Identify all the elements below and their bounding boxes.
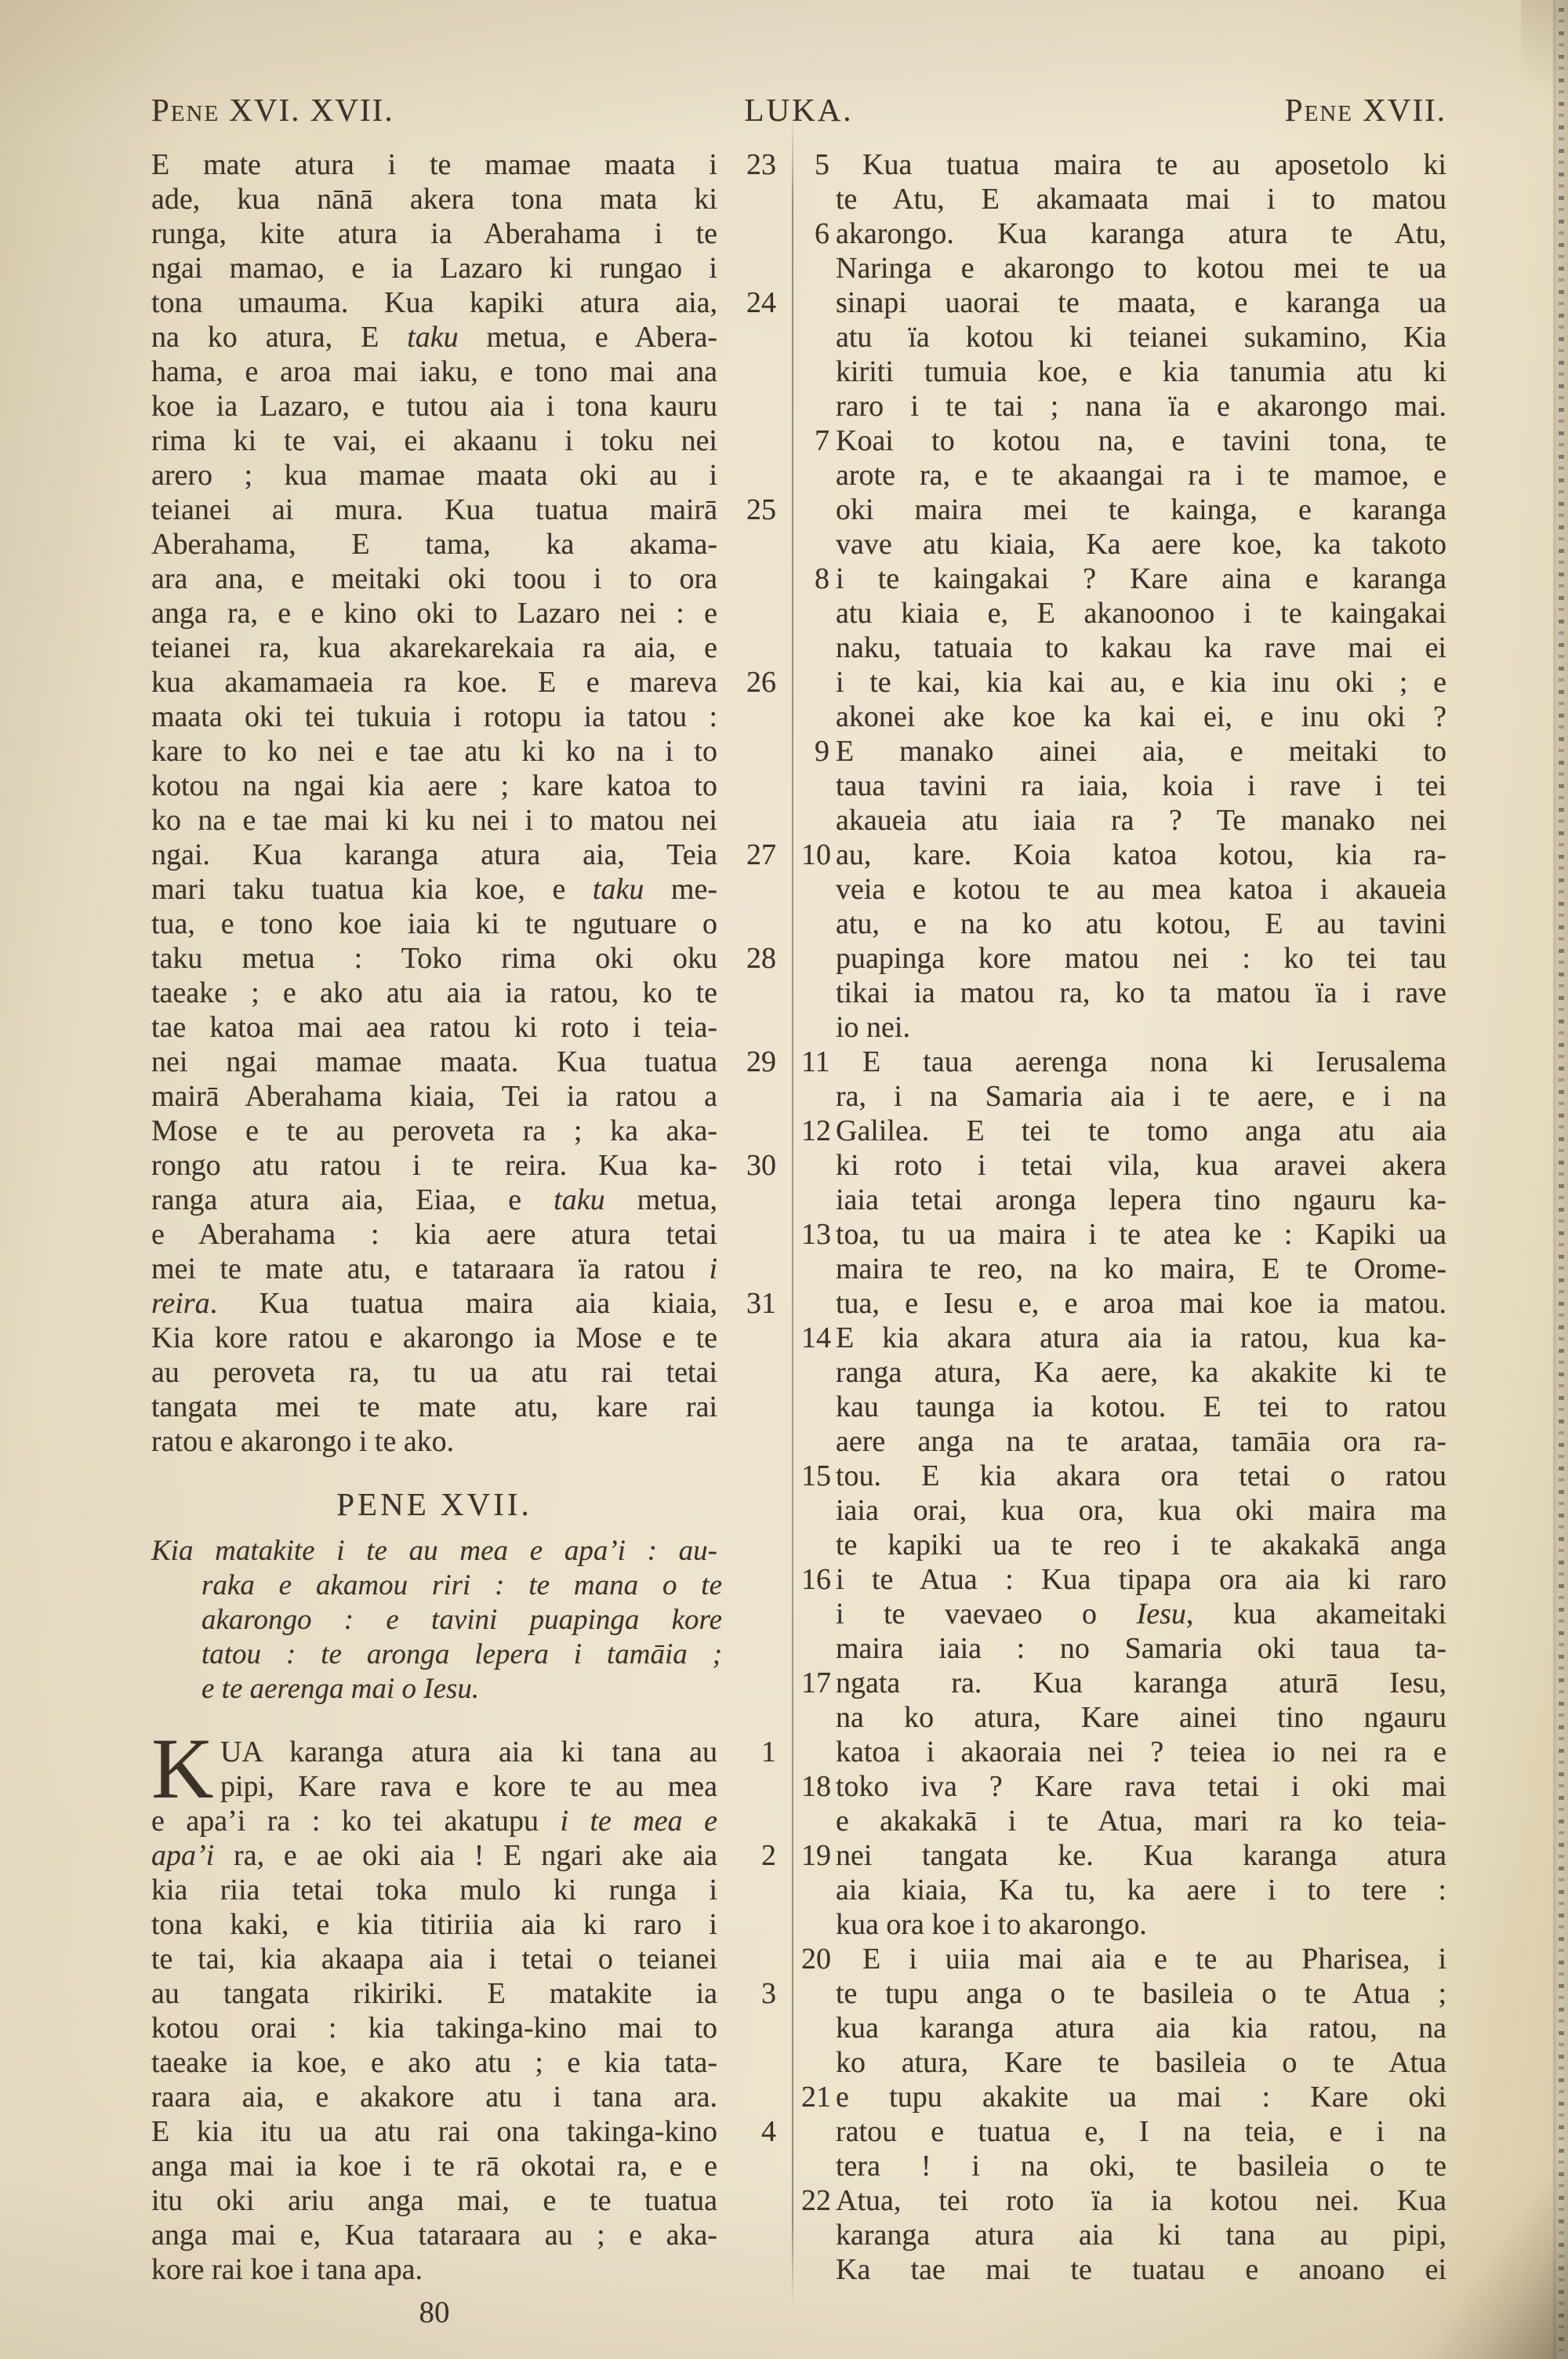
verse-line: atu, e na ko atu kotou, E au tavini <box>801 907 1446 941</box>
verse-number <box>717 2011 776 2045</box>
line-text: kia riia tetai toka mulo ki runga i <box>151 1873 717 1907</box>
line-text: Atua, tei roto ïa ia kotou nei. Kua <box>836 2183 1446 2218</box>
verse-line: 21e tupu akakite ua mai : Kare oki <box>801 2080 1446 2114</box>
verse-number <box>801 907 829 941</box>
verse-number <box>717 1217 776 1252</box>
verse-number <box>717 1390 776 1424</box>
verse-line: 2apa’i ra, e ae oki aia ! E ngari ake ai… <box>151 1838 776 1873</box>
line-text: kua akamamaeia ra koe. E e mareva <box>151 665 717 700</box>
line-text: apa’i ra, e ae oki aia ! E ngari ake aia <box>151 1838 717 1873</box>
verse-number <box>717 1355 776 1390</box>
drop-cap-letter: K <box>151 1730 213 1807</box>
line-text: kua ora koe i to akarongo. <box>836 1907 1446 1942</box>
verse-line: raara aia, e akakore atu i tana ara. <box>151 2080 776 2114</box>
verse-line: 30rongo atu ratou i te reira. Kua ka- <box>151 1148 776 1183</box>
verse-number <box>717 2080 776 2114</box>
verse-number <box>717 1804 776 1838</box>
verse-line: 23E mate atura i te mamae maata i <box>151 147 776 182</box>
line-text: anga mai ia koe i te rā okotai ra, e e <box>151 2149 717 2183</box>
verse-line: 13toa, tu ua maira i te atea ke : Kapiki… <box>801 1217 1446 1252</box>
verse-number <box>717 1079 776 1114</box>
line-text: E taua aerenga nona ki Ierusalema <box>836 1045 1446 1079</box>
line-text: taeake ia koe, e ako atu ; e kia tata- <box>151 2045 717 2080</box>
verse-line: 16i te Atua : Kua tipapa ora aia ki raro <box>801 1562 1446 1597</box>
verse-line: ade, kua nānā akera tona mata ki <box>151 182 776 216</box>
verse-line: te tai, kia akaapa aia i tetai o teianei <box>151 1942 776 1976</box>
verse-number <box>801 976 829 1010</box>
verse-line: 20E i uiia mai aia e te au Pharisea, i <box>801 1942 1446 1976</box>
line-text: hama, e aroa mai iaku, e tono mai ana <box>151 354 717 389</box>
line-text: oki maira mei te kainga, e karanga <box>836 493 1446 527</box>
verse-number <box>801 1873 829 1907</box>
line-text: ratou e tuatua e, I na teia, e i na <box>836 2114 1446 2149</box>
right-verse-lines: 5Kua tuatua maira te au aposetolo kite A… <box>801 147 1446 2287</box>
verse-line: tua, e tono koe iaia ki te ngutuare o <box>151 907 776 941</box>
verse-line: veia e kotou te au mea katoa i akaueia <box>801 872 1446 907</box>
line-text: te Atu, E akamaata mai i to matou <box>836 182 1446 216</box>
verse-line: kare to ko nei e tae atu ki ko na i to <box>151 734 776 769</box>
line-text: aia kiaia, Ka tu, ka aere i to tere : <box>836 1873 1446 1907</box>
verse-number <box>801 1079 829 1114</box>
verse-number <box>801 1252 829 1286</box>
verse-number <box>801 1148 829 1183</box>
verse-number <box>801 631 829 665</box>
line-text: raka e akamou riri : te mana o te <box>151 1568 722 1603</box>
line-text: e apa’i ra : ko tei akatupu i te mea e <box>151 1804 717 1838</box>
verse-number <box>801 665 829 700</box>
verse-line: i te kai, kia kai au, e kia inu oki ; e <box>801 665 1446 700</box>
verse-line: 29nei ngai mamae maata. Kua tuatua <box>151 1045 776 1079</box>
page-top-edge-shade <box>1521 0 1568 125</box>
verse-number <box>717 1114 776 1148</box>
verse-number <box>717 1321 776 1355</box>
line-text: ngai. Kua karanga atura aia, Teia <box>151 838 717 872</box>
line-text: na ko atura, Kare ainei tino ngauru <box>836 1700 1446 1735</box>
line-text: e te aerenga mai o Iesu. <box>151 1672 722 1707</box>
verse-line: tae katoa mai aea ratou ki roto i teia- <box>151 1010 776 1045</box>
verse-number: 5 <box>801 147 829 182</box>
line-text: E i uiia mai aia e te au Pharisea, i <box>836 1942 1446 1976</box>
line-text: kotou na ngai kia aere ; kare katoa to <box>151 769 717 803</box>
line-text: kare to ko nei e tae atu ki ko na i to <box>151 734 717 769</box>
line-text: akarongo. Kua karanga atura te Atu, <box>836 216 1446 251</box>
verse-number: 13 <box>801 1217 829 1252</box>
verse-number <box>717 354 776 389</box>
verse-number <box>717 803 776 838</box>
line-text: tatou : te aronga lepera i tamāia ; <box>151 1637 722 1672</box>
verse-number <box>801 1493 829 1528</box>
line-text: e akakakā i te Atua, mari ra ko teia- <box>836 1804 1446 1838</box>
line-text: ade, kua nānā akera tona mata ki <box>151 182 717 216</box>
line-text: nei tangata ke. Kua karanga atura <box>836 1838 1446 1873</box>
verse-number <box>801 2218 829 2252</box>
verse-number <box>801 1286 829 1321</box>
line-text: akaueia atu iaia ra ? Te manako nei <box>836 803 1446 838</box>
verse-line: ngai mamao, e ia Lazaro ki rungao i <box>151 251 776 285</box>
verse-number <box>717 1252 776 1286</box>
verse-number <box>801 769 829 803</box>
verse-line: 14E kia akara atura aia ia ratou, kua ka… <box>801 1321 1446 1355</box>
book-page-scan: Pene XVI. XVII. LUKA. Pene XVII. 23E mat… <box>0 0 1568 2359</box>
verse-line: arero ; kua mamae maata oki au i <box>151 458 776 493</box>
verse-line: raro i te tai ; nana ïa e akarongo mai. <box>801 389 1446 423</box>
verse-number <box>717 1183 776 1217</box>
line-text: akonei ake koe ka kai ei, e inu oki ? <box>836 700 1446 734</box>
verse-line: 4E kia itu ua atu rai ona takinga-kino <box>151 2114 776 2149</box>
verse-number <box>801 1424 829 1459</box>
verse-line: tona kaki, e kia titiriia aia ki raro i <box>151 1907 776 1942</box>
line-text: kua karanga atura aia kia ratou, na <box>836 2011 1446 2045</box>
verse-line: maira te reo, na ko maira, E te Orome- <box>801 1252 1446 1286</box>
verse-line: Ka tae mai te tuatau e anoano ei <box>801 2252 1446 2287</box>
line-text: au tangata rikiriki. E matakite ia <box>151 1976 717 2011</box>
verse-number <box>717 251 776 285</box>
verse-line: 7Koai to kotou na, e tavini tona, te <box>801 423 1446 458</box>
verse-number <box>717 734 776 769</box>
line-text: rima ki te vai, ei akaanu i toku nei <box>151 423 717 458</box>
verse-line: 28taku metua : Toko rima oki oku <box>151 941 776 976</box>
verse-line: hama, e aroa mai iaku, e tono mai ana <box>151 354 776 389</box>
verse-number <box>717 527 776 562</box>
line-text: kiriti tumuia koe, e kia tanumia atu ki <box>836 354 1446 389</box>
verse-number: 4 <box>717 2114 776 2149</box>
line-text: kotou orai : kia takinga-kino mai to <box>151 2011 717 2045</box>
verse-line: Kia kore ratou e akarongo ia Mose e te <box>151 1321 776 1355</box>
verse-number <box>722 1603 776 1637</box>
verse-number <box>801 2149 829 2183</box>
line-text: Kua tuatua maira te au aposetolo ki <box>836 147 1446 182</box>
line-text: toa, tu ua maira i te atea ke : Kapiki u… <box>836 1217 1446 1252</box>
line-text: Aberahama, E tama, ka akama- <box>151 527 717 562</box>
verse-line: 27ngai. Kua karanga atura aia, Teia <box>151 838 776 872</box>
line-text: ngai mamao, e ia Lazaro ki rungao i <box>151 251 717 285</box>
verse-line: anga mai ia koe i te rā okotai ra, e e <box>151 2149 776 2183</box>
verse-line: akaueia atu iaia ra ? Te manako nei <box>801 803 1446 838</box>
left-verse-lines: 23E mate atura i te mamae maata iade, ku… <box>151 147 776 1459</box>
line-text: veia e kotou te au mea katoa i akaueia <box>836 872 1446 907</box>
verse-line: mari taku tuatua kia koe, e taku me- <box>151 872 776 907</box>
verse-line: ko na e tae mai ki ku nei i to matou nei <box>151 803 776 838</box>
verse-line: Naringa e akarongo to kotou mei te ua <box>801 251 1446 285</box>
line-text: te tupu anga o te basileia o te Atua ; <box>836 1976 1446 2011</box>
verse-line: 9E manako ainei aia, e meitaki to <box>801 734 1446 769</box>
verse-number: 18 <box>801 1769 829 1804</box>
line-text: anga mai e, Kua tataraara au ; e aka- <box>151 2218 717 2252</box>
verse-number <box>717 2045 776 2080</box>
verse-number <box>801 493 829 527</box>
line-text: katoa i akaoraia nei ? teiea io nei ra e <box>836 1735 1446 1769</box>
verse-line: te Atu, E akamaata mai i to matou <box>801 182 1446 216</box>
line-text: Galilea. E tei te tomo anga atu aia <box>836 1114 1446 1148</box>
line-text: arero ; kua mamae maata oki au i <box>151 458 717 493</box>
verse-line: na ko atura, E taku metua, e Abera- <box>151 320 776 354</box>
next-page-edge <box>1553 0 1568 2359</box>
verse-number <box>722 1568 776 1603</box>
verse-number: 14 <box>801 1321 829 1355</box>
verse-line: 25teianei ai mura. Kua tuatua mairā <box>151 493 776 527</box>
verse-number <box>717 872 776 907</box>
verse-line: au peroveta ra, tu ua atu rai tetai <box>151 1355 776 1390</box>
verse-number <box>801 1010 829 1045</box>
verse-line: kua ora koe i to akarongo. <box>801 1907 1446 1942</box>
chapter-summary: Kia matakite i te au mea e apa’i : au-ra… <box>151 1534 776 1707</box>
verse-number: 1 <box>717 1735 776 1769</box>
verse-number <box>717 1942 776 1976</box>
line-text: ko atura, Kare te basileia o te Atua <box>836 2045 1446 2080</box>
line-text: tera ! i na oki, te basileia o te <box>836 2149 1446 2183</box>
verse-number: 3 <box>717 1976 776 2011</box>
line-text: tikai ia matou ra, ko ta matou ïa i rave <box>836 976 1446 1010</box>
verse-line: tikai ia matou ra, ko ta matou ïa i rave <box>801 976 1446 1010</box>
header-book-title: LUKA. <box>151 91 1446 129</box>
verse-line: katoa i akaoraia nei ? teiea io nei ra e <box>801 1735 1446 1769</box>
verse-number: 12 <box>801 1114 829 1148</box>
verse-line: ranga atura aia, Eiaa, e taku metua, <box>151 1183 776 1217</box>
verse-line: kiriti tumuia koe, e kia tanumia atu ki <box>801 354 1446 389</box>
verse-line: te tupu anga o te basileia o te Atua ; <box>801 1976 1446 2011</box>
verse-number: 16 <box>801 1562 829 1597</box>
line-text: toko iva ? Kare rava tetai i oki mai <box>836 1769 1446 1804</box>
verse-line: tera ! i na oki, te basileia o te <box>801 2149 1446 2183</box>
line-text: ra, i na Samaria aia i te aere, e i na <box>836 1079 1446 1114</box>
verse-line: 5Kua tuatua maira te au aposetolo ki <box>801 147 1446 182</box>
verse-line: kotou orai : kia takinga-kino mai to <box>151 2011 776 2045</box>
verse-number: 20 <box>801 1942 829 1976</box>
line-text: ngata ra. Kua karanga aturā Iesu, <box>836 1666 1446 1700</box>
verse-line: oki maira mei te kainga, e karanga <box>801 493 1446 527</box>
verse-line: e apa’i ra : ko tei akatupu i te mea e <box>151 1804 776 1838</box>
verse-line: 11E taua aerenga nona ki Ierusalema <box>801 1045 1446 1079</box>
verse-line: taeake ; e ako atu aia ia ratou, ko te <box>151 976 776 1010</box>
right-column: 5Kua tuatua maira te au aposetolo kite A… <box>801 147 1446 2287</box>
line-text: tae katoa mai aea ratou ki roto i teia- <box>151 1010 717 1045</box>
line-text: akarongo : e tavini puapinga kore <box>151 1603 722 1637</box>
verse-number <box>717 320 776 354</box>
line-text: taua tavini ra iaia, koia i rave i tei <box>836 769 1446 803</box>
line-text: mari taku tuatua kia koe, e taku me- <box>151 872 717 907</box>
line-text: E kia akara atura aia ia ratou, kua ka- <box>836 1321 1446 1355</box>
verse-number <box>717 631 776 665</box>
verse-line: karanga atura aia ki tana au pipi, <box>801 2218 1446 2252</box>
verse-line: 24tona umauma. Kua kapiki atura aia, <box>151 285 776 320</box>
verse-line: anga mai e, Kua tataraara au ; e aka- <box>151 2218 776 2252</box>
line-text: taku metua : Toko rima oki oku <box>151 941 717 976</box>
verse-line: taua tavini ra iaia, koia i rave i tei <box>801 769 1446 803</box>
verse-line: kia riia tetai toka mulo ki runga i <box>151 1873 776 1907</box>
line-text: Ka tae mai te tuatau e anoano ei <box>836 2252 1446 2287</box>
line-text: i te Atua : Kua tipapa ora aia ki raro <box>836 1562 1446 1597</box>
verse-line: 10au, kare. Koia katoa kotou, kia ra- <box>801 838 1446 872</box>
verse-line: tatou : te aronga lepera i tamāia ; <box>151 1637 776 1672</box>
line-text: iaia orai, kua ora, kua oki maira ma <box>836 1493 1446 1528</box>
chapter-paragraph-lines: 1UA karanga atura aia ki tana aupipi, Ka… <box>151 1735 776 2287</box>
line-text: puapinga kore matou nei : ko tei tau <box>836 941 1446 976</box>
verse-line: akarongo : e tavini puapinga kore <box>151 1603 776 1637</box>
line-text: tona umauma. Kua kapiki atura aia, <box>151 285 717 320</box>
line-text: Kia matakite i te au mea e apa’i : au- <box>151 1534 717 1568</box>
verse-number <box>722 1637 776 1672</box>
line-text: e Aberahama : kia aere atura tetai <box>151 1217 717 1252</box>
verse-number <box>717 1873 776 1907</box>
verse-number <box>717 423 776 458</box>
verse-number <box>722 1672 776 1707</box>
verse-line: kore rai koe i tana apa. <box>151 2252 776 2287</box>
line-text: tou. E kia akara ora tetai o ratou <box>836 1459 1446 1493</box>
verse-line: ko atura, Kare te basileia o te Atua <box>801 2045 1446 2080</box>
verse-line: koe ia Lazaro, e tutou aia i tona kauru <box>151 389 776 423</box>
verse-number <box>717 389 776 423</box>
verse-line: ara ana, e meitaki oki toou i to ora <box>151 562 776 596</box>
verse-number <box>717 562 776 596</box>
verse-number <box>801 941 829 976</box>
verse-number <box>717 976 776 1010</box>
line-text: vave atu kiaia, Ka aere koe, ka takoto <box>836 527 1446 562</box>
verse-line: 3au tangata rikiriki. E matakite ia <box>151 1976 776 2011</box>
line-text: karanga atura aia ki tana au pipi, <box>836 2218 1446 2252</box>
verse-line: iaia orai, kua ora, kua oki maira ma <box>801 1493 1446 1528</box>
verse-number: 27 <box>717 838 776 872</box>
line-text: kau taunga ia kotou. E tei to ratou <box>836 1390 1446 1424</box>
verse-number <box>801 1528 829 1562</box>
verse-number <box>717 458 776 493</box>
verse-line: 19nei tangata ke. Kua karanga atura <box>801 1838 1446 1873</box>
verse-line: ratou e akarongo i te ako. <box>151 1424 776 1459</box>
verse-number: 8 <box>801 562 829 596</box>
verse-line: puapinga kore matou nei : ko tei tau <box>801 941 1446 976</box>
verse-line: 1UA karanga atura aia ki tana au <box>151 1735 776 1769</box>
verse-line: ki roto i tetai vila, kua aravei akera <box>801 1148 1446 1183</box>
verse-line: io nei. <box>801 1010 1446 1045</box>
line-text: pipi, Kare rava e kore te au mea <box>151 1769 717 1804</box>
line-text: tangata mei te mate atu, kare rai <box>151 1390 717 1424</box>
verse-line: kua karanga atura aia kia ratou, na <box>801 2011 1446 2045</box>
line-text: Kia kore ratou e akarongo ia Mose e te <box>151 1321 717 1355</box>
line-text: ranga atura, Ka aere, ka akakite ki te <box>836 1355 1446 1390</box>
verse-line: 31reira. Kua tuatua maira aia kiaia, <box>151 1286 776 1321</box>
line-text: mei te mate atu, e tataraara ïa ratou i <box>151 1252 717 1286</box>
verse-line: maata oki tei tukuia i rotopu ia tatou : <box>151 700 776 734</box>
verse-line: atu ïa kotou ki teianei sukamino, Kia <box>801 320 1446 354</box>
line-text: UA karanga atura aia ki tana au <box>151 1735 717 1769</box>
chapter-first-paragraph: K 1UA karanga atura aia ki tana aupipi, … <box>151 1735 776 2287</box>
verse-line: Mose e te au peroveta ra ; ka aka- <box>151 1114 776 1148</box>
verse-line: 26kua akamamaeia ra koe. E e mareva <box>151 665 776 700</box>
verse-line: 6akarongo. Kua karanga atura te Atu, <box>801 216 1446 251</box>
line-text: raara aia, e akakore atu i tana ara. <box>151 2080 717 2114</box>
line-text: anga ra, e e kino oki to Lazaro nei : e <box>151 596 717 631</box>
verse-number: 11 <box>801 1045 829 1079</box>
verse-line: 12Galilea. E tei te tomo anga atu aia <box>801 1114 1446 1148</box>
line-text: ko na e tae mai ki ku nei i to matou nei <box>151 803 717 838</box>
verse-line: runga, kite atura ia Aberahama i te <box>151 216 776 251</box>
line-text: nei ngai mamae maata. Kua tuatua <box>151 1045 717 1079</box>
verse-number <box>717 2149 776 2183</box>
line-text: au peroveta ra, tu ua atu rai tetai <box>151 1355 717 1390</box>
verse-number <box>801 1390 829 1424</box>
verse-number: 30 <box>717 1148 776 1183</box>
verse-line: ranga atura, Ka aere, ka akakite ki te <box>801 1355 1446 1390</box>
verse-line: ratou e tuatua e, I na teia, e i na <box>801 2114 1446 2149</box>
verse-number: 15 <box>801 1459 829 1493</box>
verse-number <box>801 320 829 354</box>
verse-line: 18toko iva ? Kare rava tetai i oki mai <box>801 1769 1446 1804</box>
verse-number <box>801 2011 829 2045</box>
verse-number <box>801 1355 829 1390</box>
verse-line: kotou na ngai kia aere ; kare katoa to <box>151 769 776 803</box>
header-chapter-right: Pene XVII. <box>1285 91 1446 129</box>
verse-number <box>717 700 776 734</box>
line-text: mairā Aberahama kiaia, Tei ia ratou a <box>151 1079 717 1114</box>
verse-number <box>717 1010 776 1045</box>
line-text: ara ana, e meitaki oki toou i to ora <box>151 562 717 596</box>
line-text: aere anga na te arataa, tamāia ora ra- <box>836 1424 1446 1459</box>
verse-line: na ko atura, Kare ainei tino ngauru <box>801 1700 1446 1735</box>
line-text: na ko atura, E taku metua, e Abera- <box>151 320 717 354</box>
verse-number: 24 <box>717 285 776 320</box>
verse-line: akonei ake koe ka kai ei, e inu oki ? <box>801 700 1446 734</box>
verse-line: ra, i na Samaria aia i te aere, e i na <box>801 1079 1446 1114</box>
verse-line: rima ki te vai, ei akaanu i toku nei <box>151 423 776 458</box>
verse-line: 22Atua, tei roto ïa ia kotou nei. Kua <box>801 2183 1446 2218</box>
line-text: maira te reo, na ko maira, E te Orome- <box>836 1252 1446 1286</box>
line-text: Koai to kotou na, e tavini tona, te <box>836 423 1446 458</box>
line-text: ki roto i tetai vila, kua aravei akera <box>836 1148 1446 1183</box>
verse-number <box>717 1907 776 1942</box>
verse-number <box>801 1700 829 1735</box>
verse-line: raka e akamou riri : te mana o te <box>151 1568 776 1603</box>
line-text: naku, tatuaia to kakau ka rave mai ei <box>836 631 1446 665</box>
chapter-heading: PENE XVII. <box>151 1485 717 1523</box>
line-text: kore rai koe i tana apa. <box>151 2252 717 2287</box>
verse-number <box>801 700 829 734</box>
line-text: i te kaingakai ? Kare aina e karanga <box>836 562 1446 596</box>
line-text: arote ra, e te akaangai ra i te mamoe, e <box>836 458 1446 493</box>
verse-line: tangata mei te mate atu, kare rai <box>151 1390 776 1424</box>
verse-line: taeake ia koe, e ako atu ; e kia tata- <box>151 2045 776 2080</box>
line-text: tua, e Iesu e, e aroa mai koe ia matou. <box>836 1286 1446 1321</box>
line-text: E manako ainei aia, e meitaki to <box>836 734 1446 769</box>
line-text: te kapiki ua te reo i te akakakā anga <box>836 1528 1446 1562</box>
verse-line: e te aerenga mai o Iesu. <box>151 1672 776 1707</box>
verse-number <box>801 1597 829 1631</box>
verse-number: 7 <box>801 423 829 458</box>
verse-number: 29 <box>717 1045 776 1079</box>
verse-number <box>717 1769 776 1804</box>
verse-number <box>801 354 829 389</box>
verse-line: 8i te kaingakai ? Kare aina e karanga <box>801 562 1446 596</box>
verse-line: itu oki ariu anga mai, e te tuatua <box>151 2183 776 2218</box>
verse-number: 17 <box>801 1666 829 1700</box>
line-text: teianei ai mura. Kua tuatua mairā <box>151 493 717 527</box>
verse-line: anga ra, e e kino oki to Lazaro nei : e <box>151 596 776 631</box>
line-text: io nei. <box>836 1010 1446 1045</box>
verse-number <box>717 1424 776 1459</box>
line-text: maata oki tei tukuia i rotopu ia tatou : <box>151 700 717 734</box>
verse-line: kau taunga ia kotou. E tei to ratou <box>801 1390 1446 1424</box>
verse-line: sinapi uaorai te maata, e karanga ua <box>801 285 1446 320</box>
verse-number <box>801 1804 829 1838</box>
verse-number: 31 <box>717 1286 776 1321</box>
verse-number <box>717 216 776 251</box>
verse-number <box>801 1183 829 1217</box>
verse-number <box>801 2114 829 2149</box>
verse-number <box>801 458 829 493</box>
verse-line: Kia matakite i te au mea e apa’i : au- <box>151 1534 776 1568</box>
verse-line: tua, e Iesu e, e aroa mai koe ia matou. <box>801 1286 1446 1321</box>
verse-line: Aberahama, E tama, ka akama- <box>151 527 776 562</box>
line-text: teianei ra, kua akarekarekaia ra aia, e <box>151 631 717 665</box>
line-text: e tupu akakite ua mai : Kare oki <box>836 2080 1446 2114</box>
